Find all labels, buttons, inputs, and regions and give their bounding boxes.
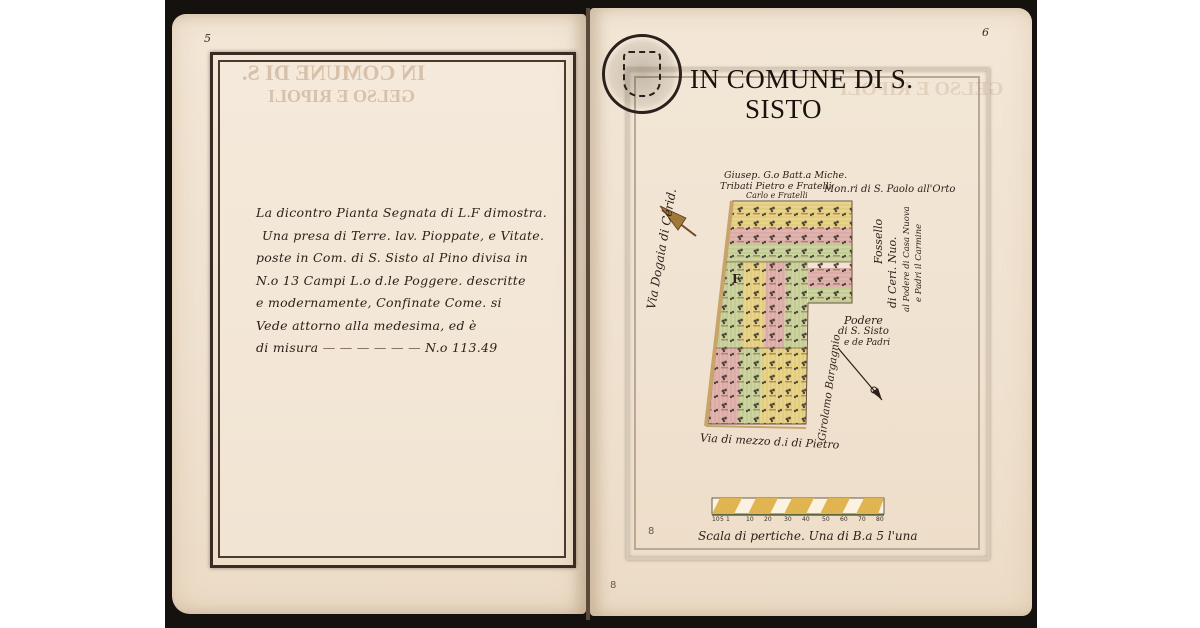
map-plot-letter: F [732, 272, 741, 286]
left-page-number: 5 [204, 32, 211, 45]
map-label-neighbor-east: al Podere di Casa Nuova [902, 206, 912, 312]
map-label-neighbor-north: Mon.ri di S. Paolo all'Orto [824, 184, 955, 195]
description-line: poste in Com. di S. Sisto al Pino divisa… [256, 247, 556, 270]
description-line: e modernamente, Confinate Come. si [256, 292, 556, 315]
description-line: N.o 13 Campi L.o d.le Poggere. descritte [256, 270, 556, 293]
scale-tick: 40 [802, 516, 810, 523]
measure-label: di misura [256, 340, 318, 355]
scale-tick: 1 [726, 516, 730, 523]
scale-tick: 60 [840, 516, 848, 523]
scale-tick: 20 [764, 516, 772, 523]
scale-tick: 10 [746, 516, 754, 523]
plan-description: La dicontro Pianta Segnata di L.F dimost… [256, 202, 556, 360]
south-arrow-icon [838, 348, 882, 400]
scale-tick: 5 [720, 516, 724, 523]
map-label-owner: Giusep. G.o Batt.a Miche. [724, 170, 847, 181]
folio-mark: 8 [648, 526, 654, 537]
scale-bar [712, 498, 884, 515]
description-line: La dicontro Pianta Segnata di L.F dimost… [256, 202, 556, 225]
scale-tick: 10 [712, 516, 720, 523]
leader-dashes: — — — — — — [323, 340, 425, 355]
map-label-podere: e de Padri [844, 338, 890, 348]
scale-tick: 80 [876, 516, 884, 523]
map-label-ditch: Fossello [872, 219, 885, 264]
property-map [590, 8, 1032, 616]
bleed-through-subtitle: GELSO E RIPOLI [268, 86, 415, 107]
bleed-through-title: IN COMUNE DI S. [242, 60, 425, 86]
scale-caption: Scala di pertiche. Una di B.a 5 l'una [698, 529, 918, 543]
scale-tick: 50 [822, 516, 830, 523]
description-line: Vede attorno alla medesima, ed è [256, 315, 556, 338]
folio-mark: 8 [610, 580, 616, 591]
map-label-podere: di S. Sisto [838, 326, 889, 337]
map-label-owner: Carlo e Fratelli [746, 191, 808, 200]
right-page: 6 GELSO E RIPOLI IN COMUNE DI S. SISTO [590, 8, 1032, 616]
scale-tick: 70 [858, 516, 866, 523]
map-label-neighbor-east: e Padri il Carmine [914, 224, 924, 302]
description-line: Una presa di Terre. lav. Pioppate, e Vit… [256, 225, 556, 248]
left-page: 5 IN COMUNE DI S. GELSO E RIPOLI La dico… [172, 14, 586, 614]
description-line-measure: di misura — — — — — — N.o 113.49 [256, 337, 556, 360]
scale-tick: 30 [784, 516, 792, 523]
measure-value: N.o 113.49 [425, 340, 497, 355]
map-label-ditch-ceri: di Ceri. Nuo. [886, 237, 899, 308]
